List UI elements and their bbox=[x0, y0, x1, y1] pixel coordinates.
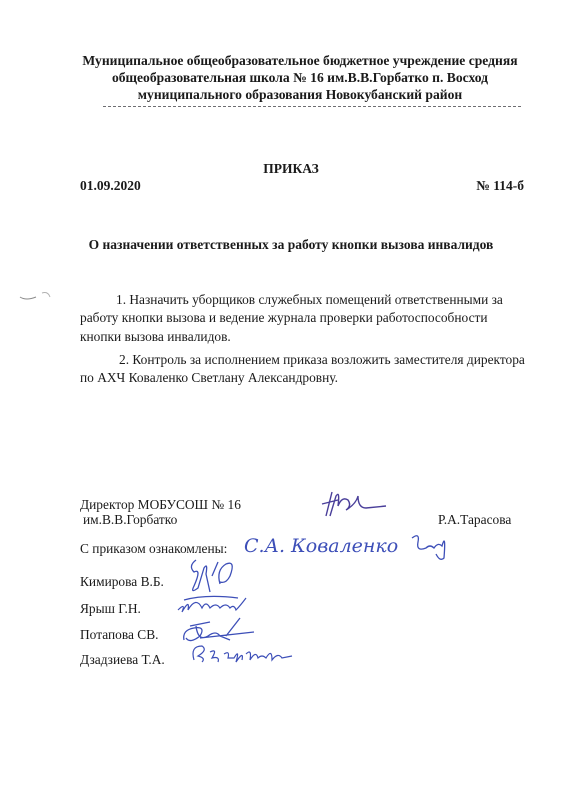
acknowledged-name: Кимирова В.Б. bbox=[80, 574, 164, 590]
director-signature-icon bbox=[318, 486, 388, 525]
header-line-1: Муниципальное общеобразовательное бюджет… bbox=[60, 52, 540, 69]
order-number: № 114-б bbox=[460, 178, 524, 194]
acknowledged-name: Ярыш Г.Н. bbox=[80, 601, 141, 617]
acknowledged-name: Дзадзиева Т.А. bbox=[80, 652, 165, 668]
order-date: 01.09.2020 bbox=[80, 178, 141, 194]
order-subject: О назначении ответственных за работу кно… bbox=[0, 237, 582, 253]
order-item-2: 2. Контроль за исполнением приказа возло… bbox=[80, 351, 525, 388]
order-item-1: 1. Назначить уборщиков служебных помещен… bbox=[80, 291, 525, 346]
header-divider bbox=[103, 106, 521, 107]
director-name: Р.А.Тарасова bbox=[438, 512, 511, 528]
svg-text:С.А. Коваленко: С.А. Коваленко bbox=[244, 535, 398, 557]
director-position: Директор МОБУСОШ № 16 bbox=[80, 497, 241, 513]
acknowledged-label: С приказом ознакомлены: bbox=[80, 541, 227, 557]
acknowledged-name: Потапова СВ. bbox=[80, 627, 158, 643]
header-line-3: муниципального образования Новокубанский… bbox=[60, 86, 540, 103]
header-line-2: общеобразовательная школа № 16 им.В.В.Го… bbox=[60, 69, 540, 86]
dzadzieva-signature-icon bbox=[188, 640, 298, 671]
document-title: ПРИКАЗ bbox=[0, 161, 582, 177]
director-position-school: им.В.В.Горбатко bbox=[83, 512, 177, 528]
kovalenko-signature-icon: С.А. Коваленко bbox=[240, 528, 460, 569]
institution-header: Муниципальное общеобразовательное бюджет… bbox=[60, 52, 540, 103]
margin-mark-icon bbox=[16, 285, 56, 310]
